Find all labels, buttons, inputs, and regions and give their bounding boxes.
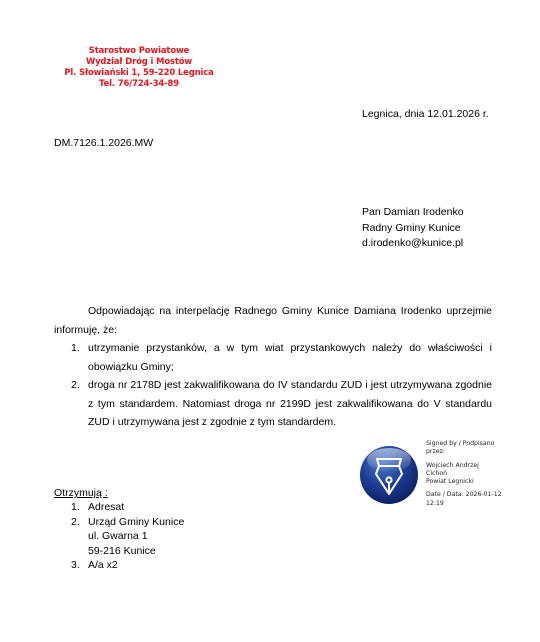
digital-signature-stamp[interactable]: Signed by / Podpisano przez: Wojciech An… [358, 440, 508, 512]
response-item: 2. droga nr 2178D jest zakwalifikowana d… [54, 376, 492, 432]
letterhead-line: Wydział Dróg i Mostów [54, 56, 224, 67]
signed-by-label: Signed by / Podpisano przez: [426, 440, 506, 457]
item-number: 1. [71, 500, 80, 514]
recipient-item: 3. A/a x2 [54, 558, 184, 572]
response-item: 1. utrzymanie przystanków, a w tym wiat … [54, 339, 492, 376]
item-text: utrzymanie przystanków, a w tym wiat prz… [88, 339, 492, 376]
signer-organization: Powiat Legnicki [426, 478, 506, 486]
document-page: Starostwo Powiatowe Wydział Dróg i Mostó… [0, 0, 540, 642]
addressee-name: Pan Damian Irodenko [362, 205, 464, 221]
item-number: 1. [71, 339, 80, 358]
item-number: 2. [71, 376, 80, 395]
recipient-line: A/a x2 [88, 558, 184, 572]
addressee-title: Radny Gminy Kunice [362, 221, 464, 237]
recipients-block: Otrzymują : 1. Adresat 2. Urząd Gminy Ku… [54, 486, 184, 572]
item-number: 3. [71, 558, 80, 572]
recipients-list: 1. Adresat 2. Urząd Gminy Kunice ul. Gwa… [54, 500, 184, 572]
recipient-line: 59-216 Kunice [88, 544, 184, 558]
letter-body: Odpowiadając na interpelację Radnego Gmi… [54, 302, 492, 432]
recipient-line: Adresat [88, 500, 184, 514]
signature-details: Signed by / Podpisano przez: Wojciech An… [426, 440, 506, 508]
recipient-item: 1. Adresat [54, 500, 184, 514]
item-number: 2. [71, 515, 80, 529]
addressee-block: Pan Damian Irodenko Radny Gminy Kunice d… [362, 205, 464, 252]
signer-name: Wojciech Andrzej [426, 462, 506, 470]
sender-letterhead: Starostwo Powiatowe Wydział Dróg i Mostó… [54, 45, 224, 89]
signature-date: Date / Data: 2026-01-12 12:19 [426, 491, 506, 508]
letterhead-line: Tel. 76/724-34-89 [54, 78, 224, 89]
letterhead-line: Starostwo Powiatowe [54, 45, 224, 56]
fountain-pen-nib-icon [358, 444, 420, 506]
date-line: Legnica, dnia 12.01.2026 r. [362, 108, 489, 120]
recipient-line: Urząd Gminy Kunice [88, 515, 184, 529]
response-list: 1. utrzymanie przystanków, a w tym wiat … [54, 339, 492, 432]
reference-number: DM.7126.1.2026.MW [54, 137, 153, 149]
letterhead-line: Pl. Słowiański 1, 59-220 Legnica [54, 67, 224, 78]
item-text: droga nr 2178D jest zakwalifikowana do I… [88, 376, 492, 432]
addressee-email: d.irodenko@kunice.pl [362, 236, 464, 252]
recipient-item: 2. Urząd Gminy Kunice ul. Gwarna 1 59-21… [54, 515, 184, 558]
intro-paragraph: Odpowiadając na interpelację Radnego Gmi… [54, 302, 492, 339]
signer-name: Cichoń [426, 470, 506, 478]
recipient-line: ul. Gwarna 1 [88, 529, 184, 543]
recipients-title: Otrzymują : [54, 486, 184, 500]
